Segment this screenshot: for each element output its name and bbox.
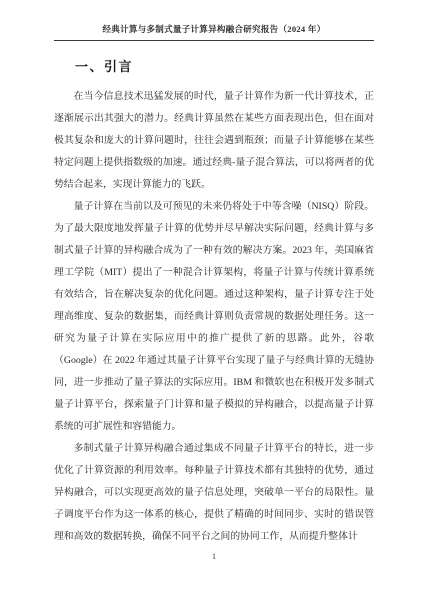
paragraph-heterogeneous-fusion: 多制式量子计算异构融合通过集成不同量子计算平台的特长，进一步优化了计算资源的利用… bbox=[54, 438, 374, 548]
running-header-title: 经典计算与多制式量子计算异构融合研究报告（2024 年） bbox=[54, 23, 374, 35]
paragraph-nisq-research: 量子计算在当前以及可预见的未来仍将处于中等含噪（NISQ）阶段。为了最大限度地发… bbox=[54, 196, 374, 438]
document-page: 经典计算与多制式量子计算异构融合研究报告（2024 年） 一、引言 在当今信息技… bbox=[0, 0, 424, 600]
header-rule bbox=[54, 40, 374, 41]
paragraph-intro: 在当今信息技术迅猛发展的时代，量子计算作为新一代计算技术，正逐渐展示出其强大的潜… bbox=[54, 86, 374, 196]
page-number: 1 bbox=[54, 552, 374, 561]
section-heading: 一、引言 bbox=[75, 56, 133, 75]
body-text: 在当今信息技术迅猛发展的时代，量子计算作为新一代计算技术，正逐渐展示出其强大的潜… bbox=[54, 86, 374, 548]
